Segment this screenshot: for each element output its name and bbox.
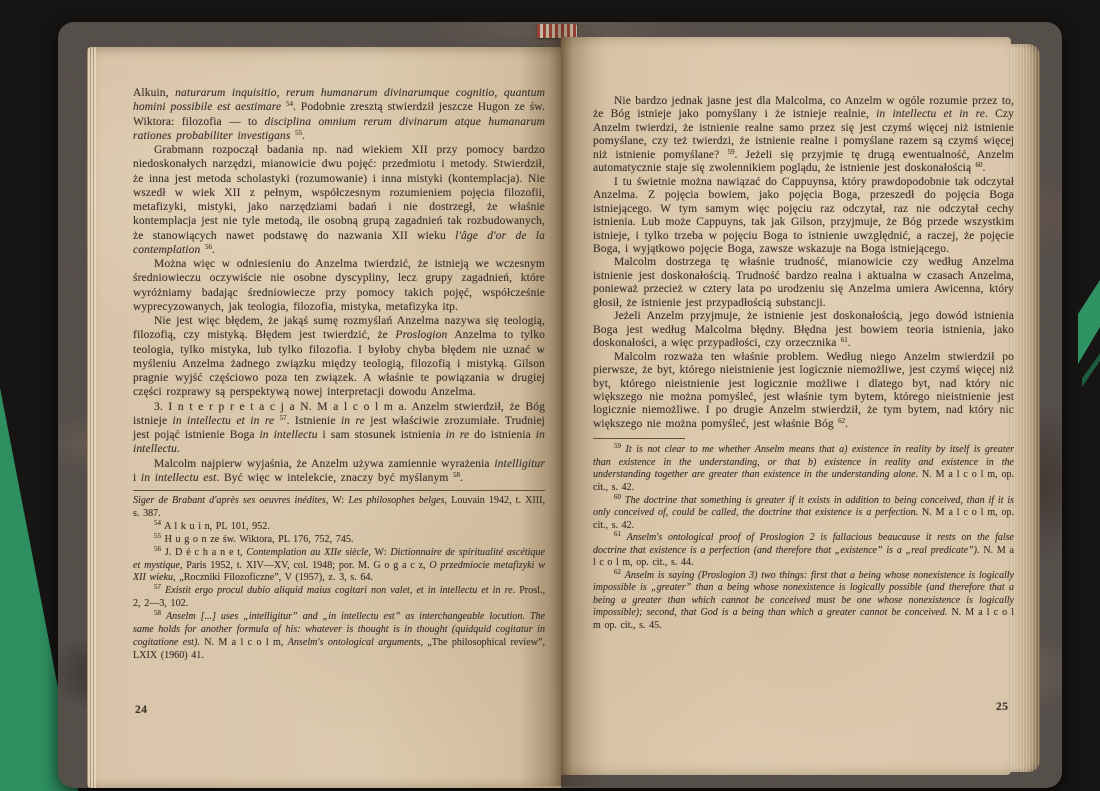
right-page-number: 25: [996, 701, 1009, 713]
green-backdrop-stripe-thin: [1082, 350, 1100, 392]
left-footnote-separator: [133, 490, 545, 491]
left-page-text: Alkuin, naturarum inquisitio, rerum huma…: [133, 86, 545, 485]
left-page-footnotes: Siger de Brabant d'après ses oeuvres iné…: [133, 495, 545, 663]
left-page-number: 24: [135, 704, 148, 716]
left-page-content: Alkuin, naturarum inquisitio, rerum huma…: [133, 86, 545, 663]
right-page-content: Nie bardzo jednak jasne jest dla Malcolm…: [593, 95, 1014, 633]
right-page-footnotes: 59 It is not clear to me whether Anselm …: [593, 444, 1014, 632]
bookmark-headband: [537, 24, 577, 38]
green-backdrop-stripe: [1078, 272, 1100, 372]
right-footnote-separator: [593, 438, 685, 439]
photo-backdrop: Alkuin, naturarum inquisitio, rerum huma…: [0, 0, 1100, 791]
right-page-text: Nie bardzo jednak jasne jest dla Malcolm…: [593, 95, 1014, 431]
